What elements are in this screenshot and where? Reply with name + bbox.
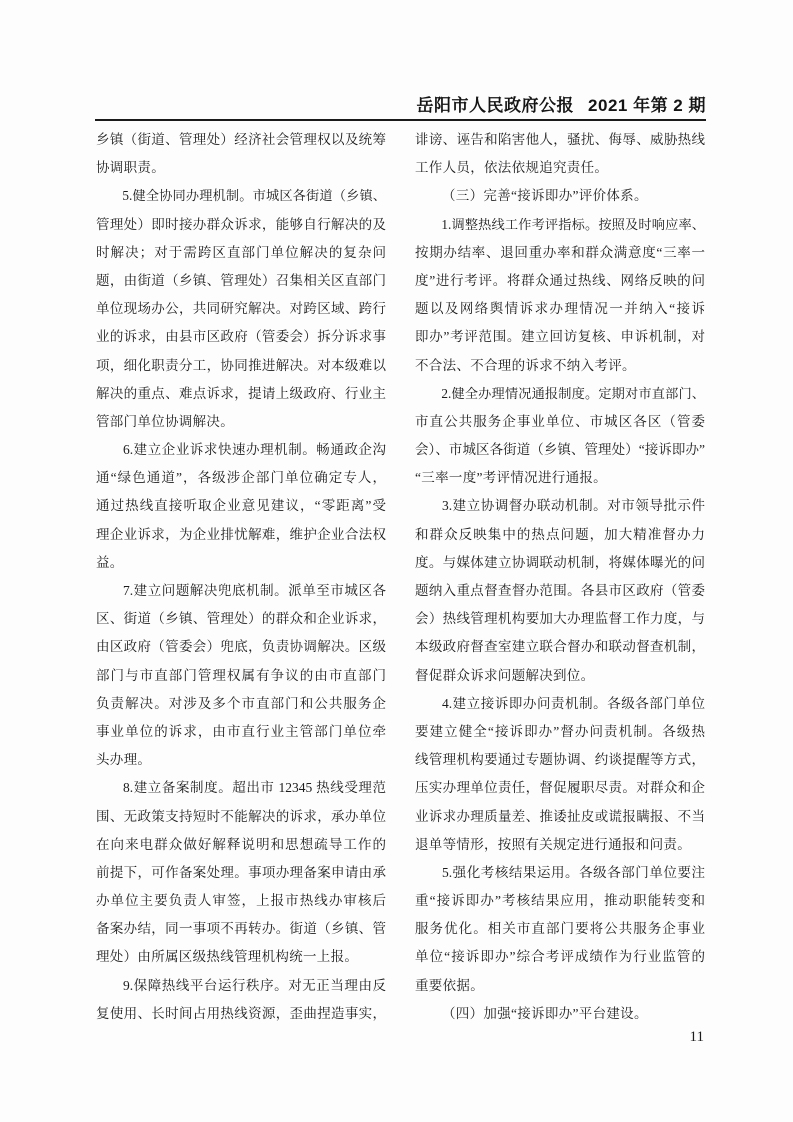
text-line: 重要依据。 xyxy=(415,972,705,1000)
text-line: 5.强化考核结果运用。各级各部门单位要注 xyxy=(415,859,705,887)
text-columns: 乡镇（街道、管理处）经济社会管理权以及统筹协调职责。5.健全协同办理机制。市城区… xyxy=(96,126,706,1028)
text-line: 6.建立企业诉求快速办理机制。畅通政企沟 xyxy=(96,436,386,464)
header-rule xyxy=(95,119,706,121)
text-line: 业的诉求，由县市区政府（管委会）拆分诉求事 xyxy=(96,323,386,351)
text-line: “三率一度”考评情况进行通报。 xyxy=(415,464,705,492)
text-line: 围、无政策支持短时不能解决的诉求，承办单位 xyxy=(96,803,386,831)
text-line: 项，细化职责分工，协同推进解决。对本级难以 xyxy=(96,352,386,380)
right-column: 诽谤、诬告和陷害他人，骚扰、侮辱、威胁热线工作人员，依法依规追究责任。（三）完善… xyxy=(415,126,705,1028)
text-line: 诽谤、诬告和陷害他人，骚扰、侮辱、威胁热线 xyxy=(415,126,705,154)
text-line: （四）加强“接诉即办”平台建设。 xyxy=(415,1000,705,1028)
text-line: （三）完善“接诉即办”评价体系。 xyxy=(415,182,705,210)
text-line: 不合法、不合理的诉求不纳入考评。 xyxy=(415,352,705,380)
text-line: 9.保障热线平台运行秩序。对无正当理由反 xyxy=(96,972,386,1000)
text-line: 线管理机构要通过专题协调、约谈提醒等方式， xyxy=(415,746,705,774)
text-line: 会）热线管理机构要加大办理监督工作力度，与 xyxy=(415,605,705,633)
text-line: 在向来电群众做好解释说明和思想疏导工作的 xyxy=(96,831,386,859)
text-line: 督促群众诉求问题解决到位。 xyxy=(415,662,705,690)
text-line: 理处）由所属区级热线管理机构统一上报。 xyxy=(96,943,386,971)
text-line: 7.建立问题解决兜底机制。派单至市城区各 xyxy=(96,577,386,605)
text-line: 服务优化。相关市直部门要将公共服务企事业 xyxy=(415,915,705,943)
text-line: 度。与媒体建立协调联动机制，将媒体曝光的问 xyxy=(415,549,705,577)
text-line: 退单等情形，按照有关规定进行通报和问责。 xyxy=(415,831,705,859)
text-line: 部门与市直部门管理权属有争议的由市直部门 xyxy=(96,662,386,690)
text-line: 4.建立接诉即办问责机制。各级各部门单位 xyxy=(415,690,705,718)
journal-title: 岳阳市人民政府公报 xyxy=(417,96,575,115)
text-line: 重“接诉即办”考核结果应用，推动职能转变和 xyxy=(415,887,705,915)
text-line: 区、街道（乡镇、管理处）的群众和企业诉求， xyxy=(96,605,386,633)
text-line: 由区政府（管委会）兜底，负责协调解决。区级 xyxy=(96,633,386,661)
text-line: 单位“接诉即办”综合考评成绩作为行业监管的 xyxy=(415,943,705,971)
text-line: 备案办结，同一事项不再转办。街道（乡镇、管 xyxy=(96,915,386,943)
text-line: 通“绿色通道”，各级涉企部门单位确定专人， xyxy=(96,464,386,492)
text-line: 通过热线直接听取企业意见建议，“零距离”受 xyxy=(96,492,386,520)
text-line: 按期办结率、退回重办率和群众满意度“三率一 xyxy=(415,239,705,267)
text-line: 管部门单位协调解决。 xyxy=(96,408,386,436)
text-line: 题以及网络舆情诉求办理情况一并纳入“接诉 xyxy=(415,295,705,323)
text-line: 本级政府督查室建立联合督办和联动督查机制， xyxy=(415,633,705,661)
text-line: 1.调整热线工作考评指标。按照及时响应率、 xyxy=(415,211,705,239)
text-line: 2.健全办理情况通报制度。定期对市直部门、 xyxy=(415,380,705,408)
page-number: 11 xyxy=(690,1027,704,1047)
text-line: 协调职责。 xyxy=(96,154,386,182)
text-line: 8.建立备案制度。超出市 12345 热线受理范 xyxy=(96,774,386,802)
running-head: 岳阳市人民政府公报2021 年第 2 期 xyxy=(417,91,706,116)
text-line: 题纳入重点督查督办范围。各县市区政府（管委 xyxy=(415,577,705,605)
text-line: 3.建立协调督办联动机制。对市领导批示件 xyxy=(415,492,705,520)
text-line: 时解决；对于需跨区直部门单位解决的复杂问 xyxy=(96,239,386,267)
left-column: 乡镇（街道、管理处）经济社会管理权以及统筹协调职责。5.健全协同办理机制。市城区… xyxy=(96,126,386,1028)
text-line: 5.健全协同办理机制。市城区各街道（乡镇、 xyxy=(96,182,386,210)
text-line: 前提下，可作备案处理。事项办理备案申请由承 xyxy=(96,859,386,887)
text-line: 解决的重点、难点诉求，提请上级政府、行业主 xyxy=(96,380,386,408)
text-line: 和群众反映集中的热点问题，加大精准督办力 xyxy=(415,521,705,549)
text-line: 要建立健全“接诉即办”督办问责机制。各级热 xyxy=(415,718,705,746)
text-line: 头办理。 xyxy=(96,746,386,774)
text-line: 管理处）即时接办群众诉求，能够自行解决的及 xyxy=(96,211,386,239)
text-line: 工作人员，依法依规追究责任。 xyxy=(415,154,705,182)
text-line: 理企业诉求，为企业排忧解难，维护企业合法权 xyxy=(96,521,386,549)
text-line: 业诉求办理质量差、推诿扯皮或谎报瞒报、不当 xyxy=(415,803,705,831)
text-line: 会）、市城区各街道（乡镇、管理处）“接诉即办” xyxy=(415,436,705,464)
text-line: 单位现场办公，共同研究解决。对跨区域、跨行 xyxy=(96,295,386,323)
text-line: 即办”考评范围。建立回访复核、申诉机制，对 xyxy=(415,323,705,351)
issue-label: 2021 年第 2 期 xyxy=(588,96,706,115)
text-line: 益。 xyxy=(96,549,386,577)
text-line: 乡镇（街道、管理处）经济社会管理权以及统筹 xyxy=(96,126,386,154)
text-line: 办单位主要负责人审签，上报市热线办审核后 xyxy=(96,887,386,915)
text-line: 度”进行考评。将群众通过热线、网络反映的问 xyxy=(415,267,705,295)
gazette-page: 岳阳市人民政府公报2021 年第 2 期 乡镇（街道、管理处）经济社会管理权以及… xyxy=(0,0,793,1122)
text-line: 题，由街道（乡镇、管理处）召集相关区直部门 xyxy=(96,267,386,295)
text-line: 事业单位的诉求，由市直行业主管部门单位牵 xyxy=(96,718,386,746)
text-line: 复使用、长时间占用热线资源，歪曲捏造事实， xyxy=(96,1000,386,1028)
text-line: 压实办理单位责任，督促履职尽责。对群众和企 xyxy=(415,774,705,802)
text-line: 负责解决。对涉及多个市直部门和公共服务企 xyxy=(96,690,386,718)
text-line: 市直公共服务企事业单位、市城区各区（管委 xyxy=(415,408,705,436)
